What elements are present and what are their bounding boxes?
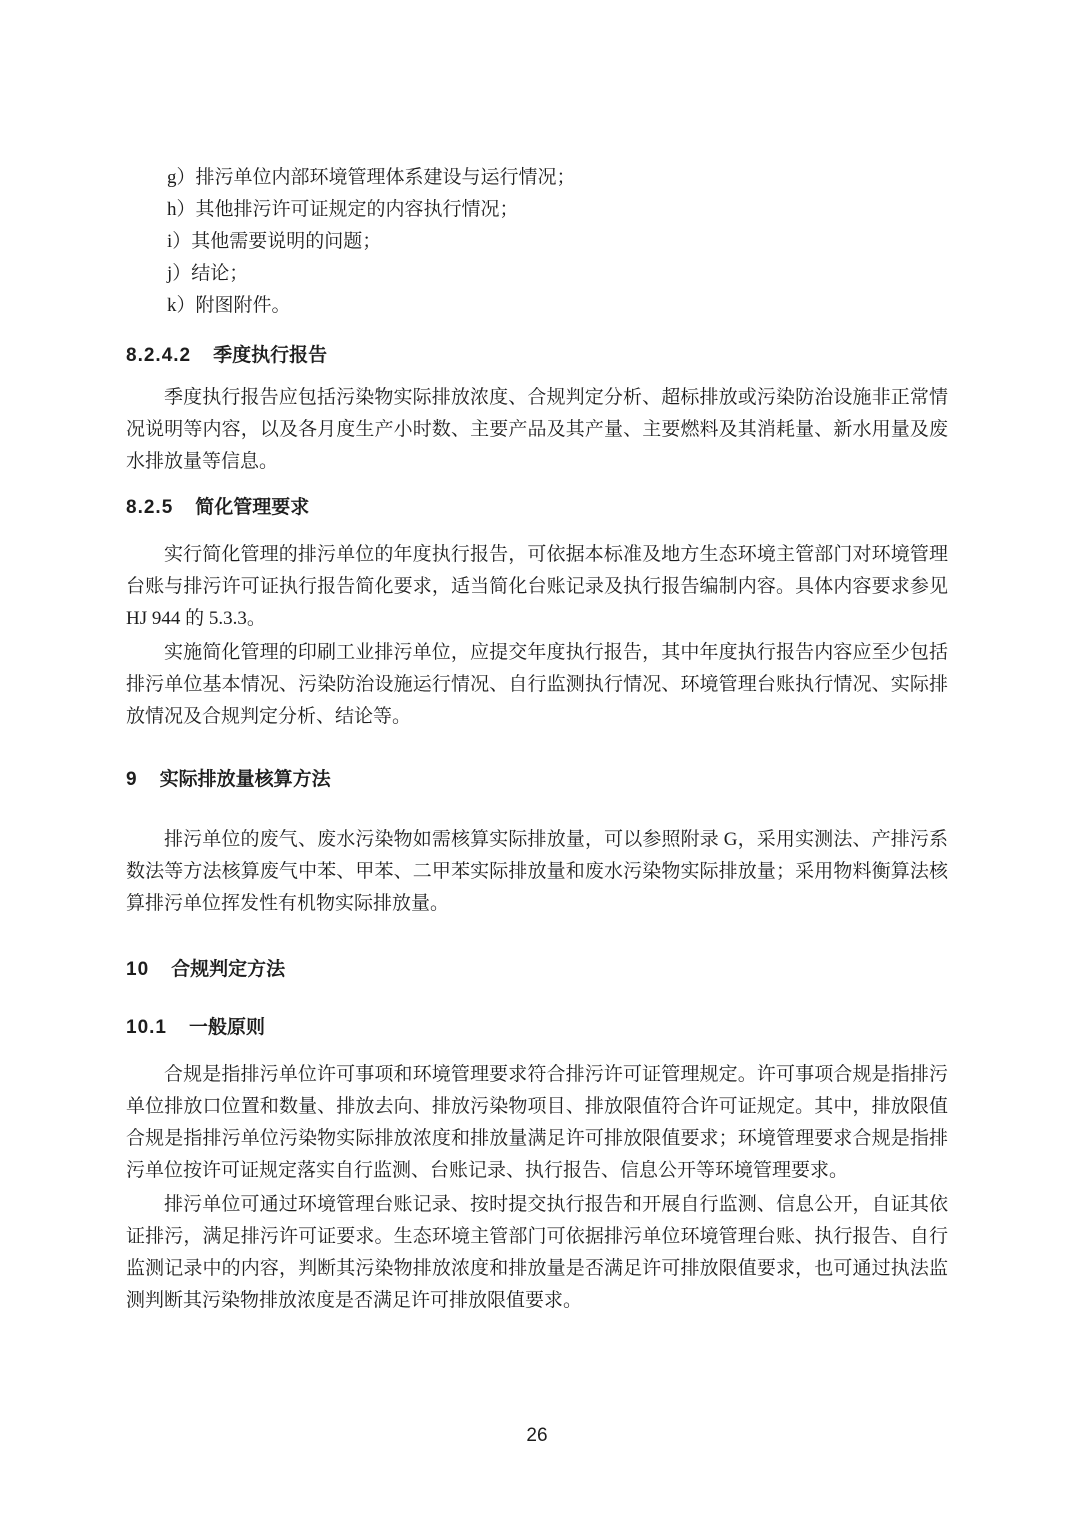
paragraph: 排污单位可通过环境管理台账记录、按时提交执行报告和开展自行监测、信息公开，自证其… <box>126 1189 948 1317</box>
chapter-number: 9 <box>126 769 138 790</box>
section-heading-10-1: 10.1一般原则 <box>126 1013 948 1043</box>
section-number: 8.2.4.2 <box>126 345 191 366</box>
paragraph: 排污单位的废气、废水污染物如需核算实际排放量，可以参照附录 G，采用实测法、产排… <box>126 824 948 920</box>
chapter-heading-10: 10合规判定方法 <box>126 955 948 985</box>
page-number: 26 <box>0 1424 1074 1448</box>
chapter-title: 合规判定方法 <box>171 959 285 980</box>
list-item-h: h）其他排污许可证规定的内容执行情况； <box>167 194 948 226</box>
section-title: 简化管理要求 <box>195 497 309 518</box>
section-heading-8-2-5: 8.2.5简化管理要求 <box>126 493 948 523</box>
list-item-j: j）结论； <box>167 258 948 290</box>
paragraph: 实行简化管理的排污单位的年度执行报告，可依据本标准及地方生态环境主管部门对环境管… <box>126 539 948 635</box>
paragraph: 合规是指排污单位许可事项和环境管理要求符合排污许可证管理规定。许可事项合规是指排… <box>126 1059 948 1187</box>
paragraph: 实施简化管理的印刷工业排污单位，应提交年度执行报告，其中年度执行报告内容应至少包… <box>126 637 948 733</box>
chapter-heading-9: 9实际排放量核算方法 <box>126 765 948 795</box>
section-heading-8-2-4-2: 8.2.4.2季度执行报告 <box>126 341 948 371</box>
chapter-number: 10 <box>126 959 149 980</box>
list-item-k: k）附图附件。 <box>167 290 948 322</box>
document-page: g）排污单位内部环境管理体系建设与运行情况； h）其他排污许可证规定的内容执行情… <box>0 0 1074 1520</box>
paragraph: 季度执行报告应包括污染物实际排放浓度、合规判定分析、超标排放或污染防治设施非正常… <box>126 382 948 478</box>
list-item-i: i）其他需要说明的问题； <box>167 226 948 258</box>
section-title: 一般原则 <box>189 1017 265 1038</box>
section-title: 季度执行报告 <box>213 345 327 366</box>
item-list: g）排污单位内部环境管理体系建设与运行情况； h）其他排污许可证规定的内容执行情… <box>167 162 948 322</box>
section-number: 10.1 <box>126 1017 167 1038</box>
section-number: 8.2.5 <box>126 497 173 518</box>
chapter-title: 实际排放量核算方法 <box>160 769 331 790</box>
page-content: g）排污单位内部环境管理体系建设与运行情况； h）其他排污许可证规定的内容执行情… <box>0 0 1074 1317</box>
list-item-g: g）排污单位内部环境管理体系建设与运行情况； <box>167 162 948 194</box>
